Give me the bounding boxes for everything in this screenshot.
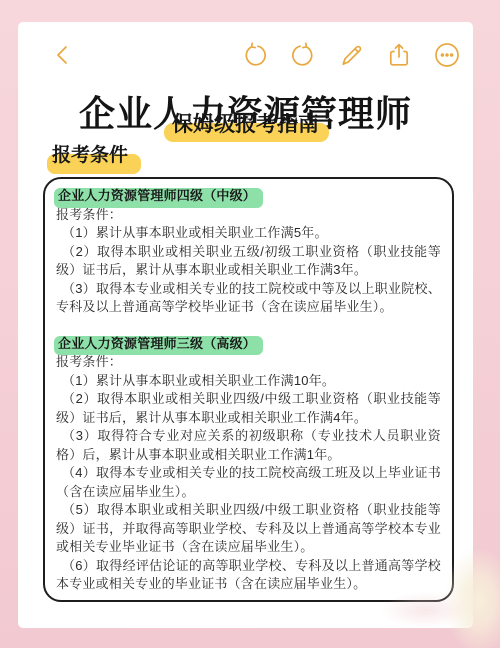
note-page: { "colors": { "background_pink": "#f5cfd… [0, 0, 500, 648]
section-heading-highlight: 企业人力资源管理师四级（中级） [56, 187, 258, 206]
requirement-item: （3）取得本专业或相关专业的技工院校或中等及以上职业院校、专科及以上普通高等学校… [56, 280, 441, 317]
toolbar [52, 41, 460, 69]
section-label: 报考条件 [52, 144, 128, 168]
section-heading: 企业人力资源管理师三级（高级） [56, 335, 441, 354]
share-icon[interactable] [386, 42, 412, 68]
subtitle-badge: 保姆级报考指南 [167, 112, 324, 138]
requirement-item: （4）取得本专业或相关专业的技工院校高级工班及以上毕业证书（含在读应届毕业生）。 [56, 464, 441, 501]
requirement-item: （3）取得符合专业对应关系的初级职称（专业技术人员职业资格）后，累计从事本职业或… [56, 427, 441, 464]
section-intro: 报考条件： [56, 353, 441, 372]
section-level3: 企业人力资源管理师三级（高级） 报考条件： （1）累计从事本职业或相关职业工作满… [56, 335, 441, 594]
requirement-item: （2）取得本职业或相关职业五级/初级工职业资格（职业技能等级）证书后，累计从事本… [56, 243, 441, 280]
section-intro: 报考条件： [56, 206, 441, 225]
requirement-item: （6）取得经评估论证的高等职业学校、专科及以上普通高等学校本专业或相关专业的毕业… [56, 557, 441, 594]
redo-icon[interactable] [290, 42, 316, 68]
toolbar-actions [242, 42, 460, 68]
section-label-row: 报考条件 [52, 144, 128, 168]
requirement-item: （5）取得本职业或相关职业四级/中级工职业资格（职业技能等级）证书，并取得高等职… [56, 501, 441, 557]
pencil-icon[interactable] [338, 42, 364, 68]
undo-icon[interactable] [242, 42, 268, 68]
requirements-box: 企业人力资源管理师四级（中级） 报考条件： （1）累计从事本职业或相关职业工作满… [43, 177, 454, 602]
requirement-item: （1）累计从事本职业或相关职业工作满10年。 [56, 372, 441, 391]
requirement-item: （2）取得本职业或相关职业四级/中级工职业资格（职业技能等级）证书后，累计从事本… [56, 390, 441, 427]
back-chevron-icon[interactable] [52, 43, 72, 67]
more-ellipsis-icon[interactable] [434, 42, 460, 68]
subtitle-row: 保姆级报考指南 [18, 112, 473, 138]
requirement-item: （1）累计从事本职业或相关职业工作满5年。 [56, 224, 441, 243]
note-card: 企业人力资源管理师 保姆级报考指南 报考条件 企业人力资源管理师四级（中级） 报… [18, 22, 473, 628]
section-heading: 企业人力资源管理师四级（中级） [56, 187, 441, 206]
section-level4: 企业人力资源管理师四级（中级） 报考条件： （1）累计从事本职业或相关职业工作满… [56, 187, 441, 317]
section-heading-highlight: 企业人力资源管理师三级（高级） [56, 335, 258, 354]
